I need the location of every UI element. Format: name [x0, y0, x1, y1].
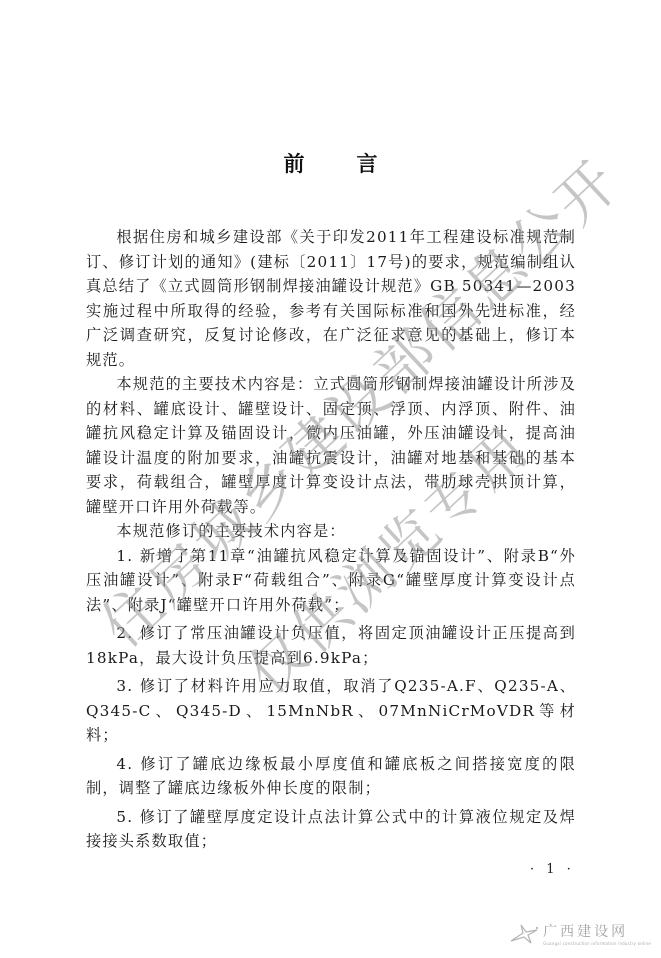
revision-item: 2. 修订了常压油罐设计负压值，将固定顶油罐设计正压提高到18kPa，最大设计负… [86, 621, 576, 670]
paragraph-revision-intro: 本规范修订的主要技术内容是： [86, 519, 576, 544]
logo-name: 广西建设网 [543, 921, 651, 941]
page-number: · 1 · [530, 862, 575, 877]
page-title: 前言 [0, 148, 661, 178]
site-logo: 广西建设网 Guangxi construction information i… [509, 921, 651, 946]
paragraph-background: 根据住房和城乡建设部《关于印发2011年工程建设标准规范制订、修订计划的通知》(… [86, 225, 576, 372]
document-page: 前言 根据住房和城乡建设部《关于印发2011年工程建设标准规范制订、修订计划的通… [0, 0, 661, 958]
body-text: 根据住房和城乡建设部《关于印发2011年工程建设标准规范制订、修订计划的通知》(… [86, 225, 576, 854]
title-char-1: 前 [284, 148, 305, 178]
title-char-2: 言 [357, 148, 378, 178]
revision-item: 1. 新增了第11章“油罐抗风稳定计算及锚固设计”、附录B“外压油罐设计”、附录… [86, 544, 576, 618]
revision-item: 4. 修订了罐底边缘板最小厚度值和罐底板之间搭接宽度的限制，调整了罐底边缘板外伸… [86, 752, 576, 801]
logo-subtitle: Guangxi construction information industr… [543, 941, 651, 946]
revision-item: 5. 修订了罐壁厚度定设计点法计算公式中的计算液位规定及焊接接头系数取值； [86, 805, 576, 854]
revision-item: 3. 修订了材料许用应力取值，取消了Q235-A.F、Q235-A、Q345-C… [86, 674, 576, 748]
paragraph-main-content: 本规范的主要技术内容是：立式圆筒形钢制焊接油罐设计所涉及的材料、罐底设计、罐壁设… [86, 372, 576, 519]
star-logo-icon [509, 923, 539, 945]
